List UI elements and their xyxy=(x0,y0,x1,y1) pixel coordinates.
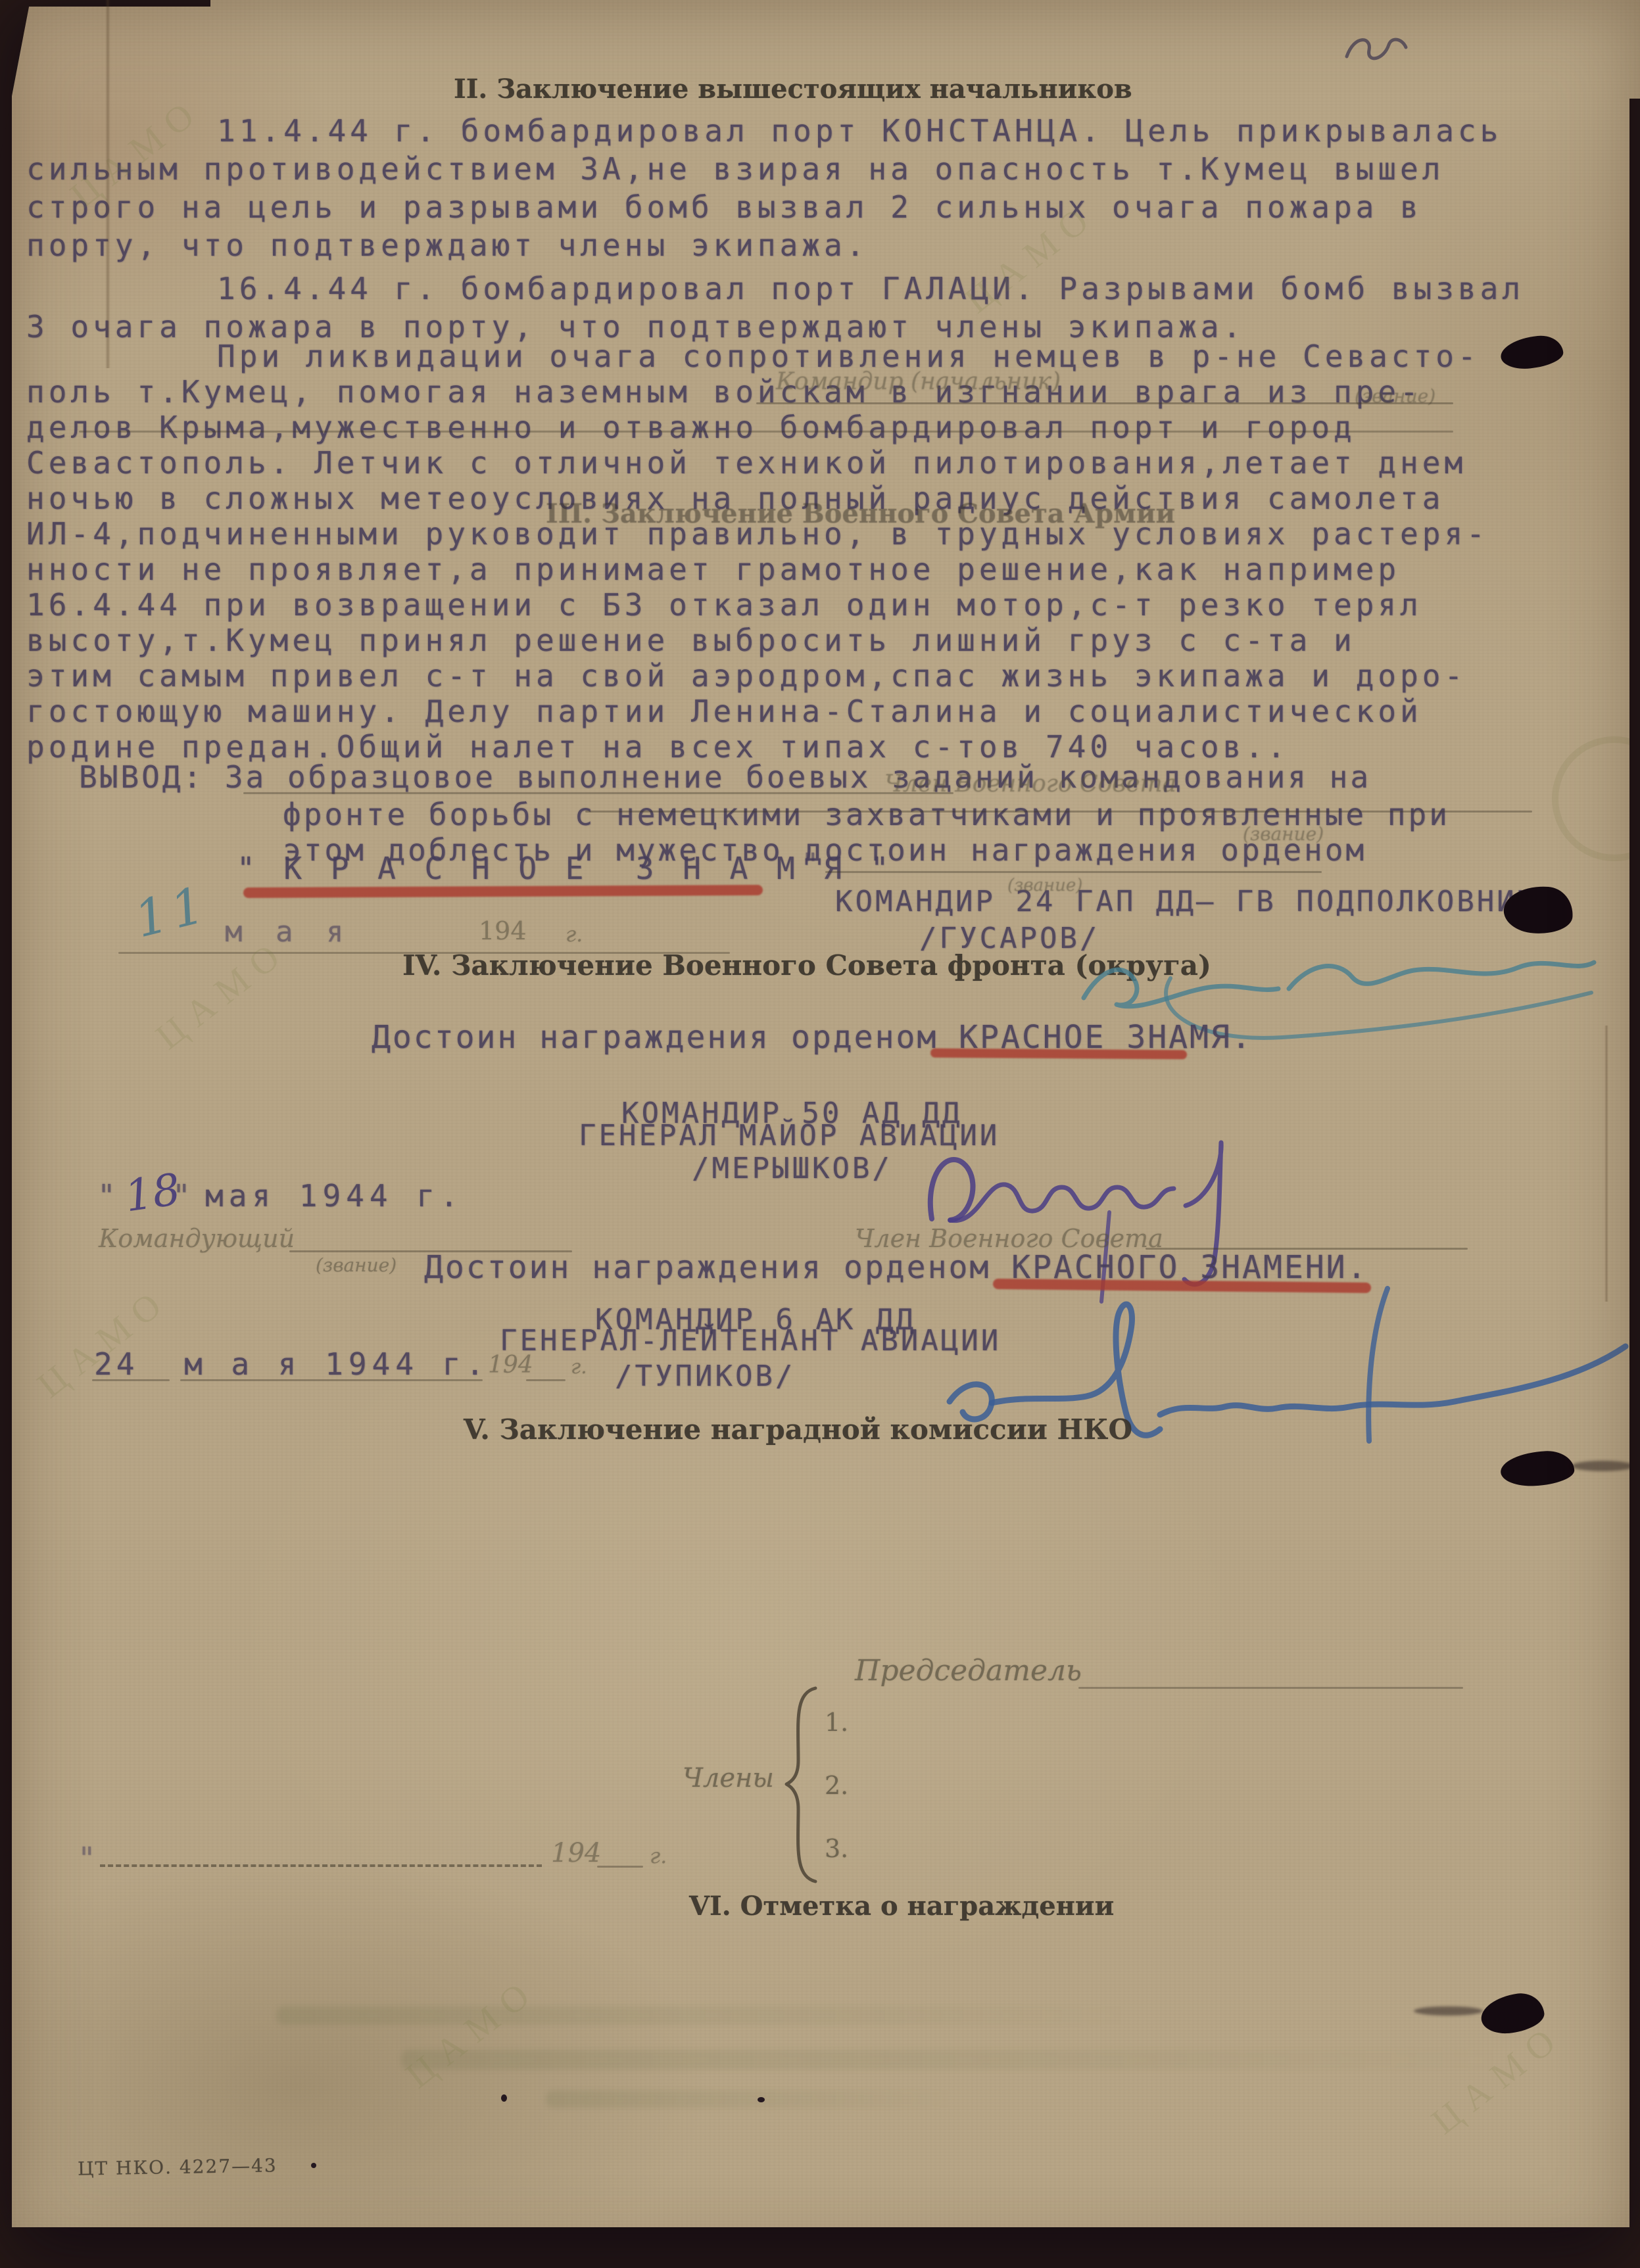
year-stub: 194 xyxy=(488,1352,533,1379)
year-suffix: г. xyxy=(650,1843,667,1868)
typed-line: порту, что подтверждают члены экипажа. xyxy=(26,227,868,263)
typed-line: 16.4.44 при возвращении с БЗ отказал оди… xyxy=(26,587,1422,623)
archive-watermark: ЦАМО xyxy=(148,930,296,1058)
member-item-1: 1. xyxy=(825,1708,848,1737)
form-label-member-council-ghost: Член Военного Совета xyxy=(884,770,1176,797)
date-dashed-rule xyxy=(100,1864,542,1867)
member-item-2: 2. xyxy=(825,1771,848,1800)
commander-6-rank: ГЕНЕРАЛ-ЛЕЙТЕНАНТ АВИАЦИИ xyxy=(500,1324,1001,1358)
section-vi-title: VI. Отметка о награждении xyxy=(689,1891,1114,1922)
form-label-commander: Командир (начальник) xyxy=(776,368,1061,395)
section-iii-title-ghost: III. Заключение Военного Совета Армии xyxy=(546,498,1175,529)
member-item-3: 3. xyxy=(825,1834,848,1863)
date-3-day: 24 xyxy=(94,1346,138,1382)
form-label-chairman: Председатель xyxy=(855,1654,1082,1688)
form-label-commanding: Командующий xyxy=(99,1224,295,1253)
date-month: м а я xyxy=(225,915,351,949)
year-suffix: г. xyxy=(566,922,583,947)
section-v-title: V. Заключение наградной комиссии НКО xyxy=(464,1413,1132,1446)
date-3: м а я 1944 г. xyxy=(184,1346,489,1382)
worthy-line-2: Достоин награждения орденом КРАСНОГО ЗНА… xyxy=(424,1249,1368,1286)
date-rule xyxy=(597,1866,643,1868)
award-document-scan: { "document": { "archive_watermark": "ЦА… xyxy=(0,0,1640,2268)
archive-stamp-circle xyxy=(1552,736,1640,861)
typed-line: 16.4.44 г. бомбардировал порт ГАЛАЦИ. Ра… xyxy=(217,271,1524,306)
bleed-through-text xyxy=(546,2091,953,2108)
typed-line: 11.4.44 г. бомбардировал порт КОНСТАНЦА.… xyxy=(217,113,1502,149)
commander-24-line: КОМАНДИР 24 ГАП ДД– ГВ ПОДПОЛКОВНИК xyxy=(835,885,1537,918)
typed-line: этим самым привел с-т на свой аэродром,с… xyxy=(26,658,1466,694)
worthy-label: Достоин награждения орденом xyxy=(372,1019,959,1056)
pen-scribble xyxy=(1341,29,1414,75)
date-rule xyxy=(526,1379,566,1381)
form-label-zvanie: (звание) xyxy=(316,1254,397,1276)
typed-line: сильным противодействием ЗА,не взирая на… xyxy=(26,151,1444,187)
red-underline-znamya xyxy=(930,1049,1187,1060)
form-label-zvanie: (звание) xyxy=(1243,823,1324,845)
form-rule-strikethrough xyxy=(79,431,1453,433)
bleed-through-text xyxy=(401,2050,1506,2069)
section-ii-title: II. Заключение вышестоящих начальников xyxy=(454,74,1132,105)
bleed-through-text xyxy=(276,2006,1131,2025)
ink-speck xyxy=(311,2163,316,2168)
commander-50-name: /МЕРЫШКОВ/ xyxy=(692,1152,892,1185)
form-signature-rule xyxy=(756,402,1453,404)
scan-edge-bottom xyxy=(0,2227,1640,2268)
ink-blot xyxy=(1478,1991,1546,2037)
red-underline-award-banner xyxy=(243,885,763,898)
handwritten-day-11: 11 xyxy=(129,874,215,949)
typed-line: ВЫВОД: За образцовое выполнение боевых з… xyxy=(79,759,1371,795)
form-rule xyxy=(585,811,1532,813)
award-blank-rule xyxy=(825,871,1322,873)
paper-crease xyxy=(105,0,110,368)
form-label-members: Члены xyxy=(683,1763,774,1793)
date-rule xyxy=(92,1379,170,1381)
form-imprint: ЦТ НКО. 4227—43 xyxy=(78,2154,277,2179)
archive-watermark: ЦАМО xyxy=(398,1968,546,2096)
chairman-rule xyxy=(1078,1687,1463,1689)
ink-speck xyxy=(758,2097,765,2102)
commander-6-name: /ТУПИКОВ/ xyxy=(615,1359,795,1393)
archive-watermark: ЦАМО xyxy=(1424,2014,1572,2142)
typed-line: делов Крыма,мужественно и отважно бомбар… xyxy=(26,410,1356,445)
typed-line: Севастополь. Летчик с отличной техникой … xyxy=(26,445,1466,481)
members-bracket xyxy=(775,1683,827,1887)
date-rule xyxy=(180,1379,483,1381)
award-banner: " К Р А С Н О Е З Н А М Я " xyxy=(237,851,894,886)
typed-line: высоту,т.Кумец принял решение выбросить … xyxy=(26,623,1356,658)
typed-line: нности не проявляет,а принимает грамотно… xyxy=(26,552,1400,587)
ink-streak xyxy=(1572,1461,1634,1471)
year-stub: 194 xyxy=(479,916,527,945)
typed-line: гостоющую машину. Делу партии Ленина-Ста… xyxy=(26,694,1422,729)
typed-underline xyxy=(243,792,953,794)
ink-streak xyxy=(1414,2006,1483,2016)
year-suffix: г. xyxy=(571,1356,587,1379)
ink-speck xyxy=(501,2094,507,2102)
quote-mark: " xyxy=(78,1841,100,1876)
ink-blot xyxy=(1499,333,1564,371)
quote-mark: " xyxy=(801,847,823,882)
date-2: мая 1944 г. xyxy=(205,1178,464,1214)
scan-corner-wedge xyxy=(0,0,30,158)
form-label-zvanie: (звание) xyxy=(1007,876,1082,895)
archive-watermark: ЦАМО xyxy=(30,1278,178,1406)
quote-mark: " xyxy=(97,1178,120,1214)
quote-mark: " xyxy=(172,1178,195,1214)
year-stub: 194 xyxy=(551,1838,601,1868)
worthy-label: Достоин награждения орденом xyxy=(424,1249,1011,1286)
typed-line: строго на цель и разрывами бомб вызвал 2… xyxy=(26,189,1422,225)
scan-edge-left xyxy=(0,0,12,2268)
scan-edge-right xyxy=(1629,99,1640,2268)
paper-crease xyxy=(1604,1026,1608,1302)
